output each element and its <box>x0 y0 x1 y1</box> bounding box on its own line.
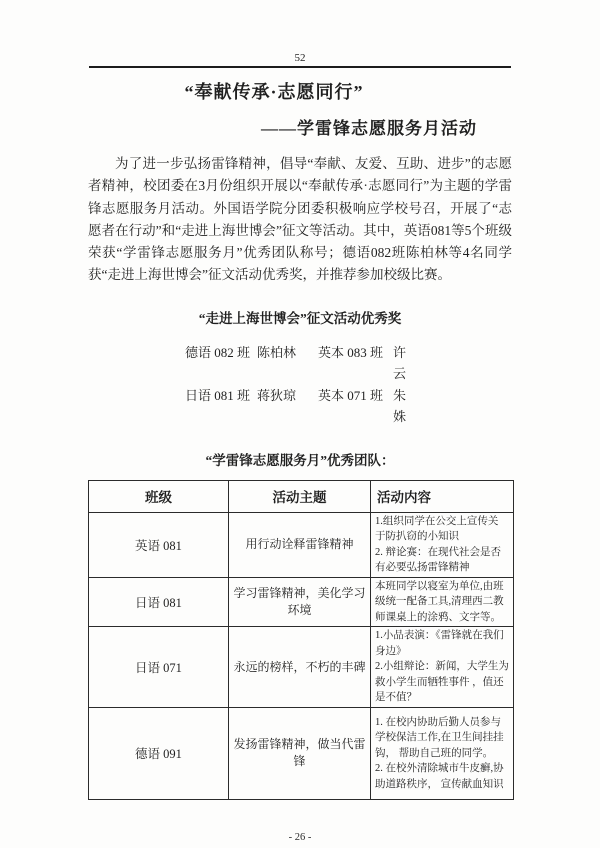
cell-content: 1. 在校内协助后勤人员参与 学校保洁工作,在卫生间挂挂 钩， 帮助自己班的同学… <box>371 707 514 799</box>
cell-theme: 用行动诠释雷锋精神 <box>229 512 371 577</box>
cell-class: 德语 091 <box>89 707 229 799</box>
table-header-row: 班级 活动主题 活动内容 <box>89 480 514 512</box>
winner-name: 朱姝 <box>393 385 415 428</box>
winner-row: 日语 081 班 蒋狄琼 英本 071 班 朱姝 <box>185 385 415 428</box>
cell-class: 日语 081 <box>89 577 229 627</box>
winner-class: 英本 083 班 <box>318 342 393 385</box>
page-footer-number: - 26 - <box>0 832 600 843</box>
cell-theme: 永远的榜样，不朽的丰碑 <box>229 627 371 708</box>
winner-class: 英本 071 班 <box>318 385 393 428</box>
table-row: 日语 071 永远的榜样，不朽的丰碑 1.小品表演：《雷锋就在我们 身边》 2.… <box>89 627 514 708</box>
page-header-number: 52 <box>295 52 306 64</box>
cell-theme: 发扬雷锋精神，做当代雷 锋 <box>229 707 371 799</box>
essay-award-heading: “走进上海世博会”征文活动优秀奖 <box>88 310 512 328</box>
winner-row: 德语 082 班 陈柏林 英本 083 班 许云 <box>185 342 415 385</box>
winner-name: 蒋狄琼 <box>257 385 318 428</box>
cell-content: 1.组织同学在公交上宣传关 于防扒窃的小知识 2. 辩论赛：在现代社会是否 有必… <box>371 512 514 577</box>
document-content: “奉献传承·志愿同行” ——学雷锋志愿服务月活动 为了进一步弘扬雷锋精神，倡导“… <box>88 80 512 800</box>
cell-class: 日语 071 <box>89 627 229 708</box>
winner-class: 德语 082 班 <box>185 342 257 385</box>
document-title: “奉献传承·志愿同行” <box>88 80 512 104</box>
essay-award-winner-list: 德语 082 班 陈柏林 英本 083 班 许云 日语 081 班 蒋狄琼 英本… <box>88 342 512 428</box>
winner-name: 陈柏林 <box>257 342 318 385</box>
document-subtitle: ——学雷锋志愿服务月活动 <box>88 118 512 140</box>
winner-class: 日语 081 班 <box>185 385 257 428</box>
column-header-content: 活动内容 <box>371 480 514 512</box>
intro-paragraph: 为了进一步弘扬雷锋精神，倡导“奉献、友爱、互助、进步”的志愿者精神，校团委在3月… <box>88 153 512 287</box>
table-row: 日语 081 学习雷锋精神，美化学习 环境 本班同学以寝室为单位,由班 级统一配… <box>89 577 514 627</box>
cell-theme: 学习雷锋精神，美化学习 环境 <box>229 577 371 627</box>
team-award-heading: “学雷锋志愿服务月”优秀团队： <box>88 452 512 470</box>
page-header-rule: 52 <box>89 51 511 68</box>
table-row: 德语 091 发扬雷锋精神，做当代雷 锋 1. 在校内协助后勤人员参与 学校保洁… <box>89 707 514 799</box>
winner-name: 许云 <box>393 342 415 385</box>
table-row: 英语 081 用行动诠释雷锋精神 1.组织同学在公交上宣传关 于防扒窃的小知识 … <box>89 512 514 577</box>
cell-content: 1.小品表演：《雷锋就在我们 身边》 2.小组辩论：新闻，大学生为 救小学生而牺… <box>371 627 514 708</box>
column-header-theme: 活动主题 <box>229 480 371 512</box>
column-header-class: 班级 <box>89 480 229 512</box>
team-award-table: 班级 活动主题 活动内容 英语 081 用行动诠释雷锋精神 1.组织同学在公交上… <box>88 480 514 800</box>
document-page: 52 “奉献传承·志愿同行” ——学雷锋志愿服务月活动 为了进一步弘扬雷锋精神，… <box>0 0 600 848</box>
cell-content: 本班同学以寝室为单位,由班 级统一配备工具,清理西二教 师课桌上的涂鸦、文字等。 <box>371 577 514 627</box>
cell-class: 英语 081 <box>89 512 229 577</box>
